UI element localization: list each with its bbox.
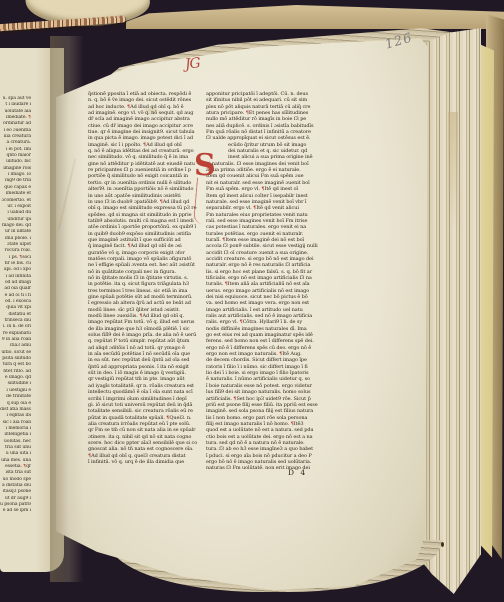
text-line: imā pboīē. ī: [0, 236, 31, 242]
red-pilcrow: ¶: [19, 255, 22, 260]
text-line: tura q̄ est bō: [0, 362, 31, 368]
red-pilcrow: ¶: [160, 199, 163, 205]
text-line: spōdeo. qd si magna sit similitudo in pp…: [88, 212, 200, 218]
red-pilcrow: ¶: [88, 453, 91, 459]
quire-signature: D 4: [288, 468, 307, 477]
text-line: lus filī9 dei sit imago naturalis. homo …: [206, 389, 322, 395]
text-line: va. sed homo est imago vera. ergo non es…: [206, 300, 322, 306]
text-line: dr̄ scīa ad imaginē imago accipitur abst…: [88, 116, 200, 122]
text-line: in potētie. ita q. sicut figura triāgula…: [88, 281, 200, 287]
text-line: pūtat in quadā totalitate spūali. ¶Quel3…: [88, 415, 200, 421]
red-pilcrow: ¶: [23, 464, 26, 469]
text-line: ī egressio ab altera q̄rū ad actū se beā…: [88, 300, 200, 306]
text-line: n. q. bō ē v̄e imago dei. sicut ostēdit …: [88, 97, 200, 103]
fore-edge-stain: [448, 112, 458, 232]
text-line: ī. in li. de orī: [0, 324, 31, 330]
text-line: obī q. imago est similitudo expressa tū …: [88, 205, 200, 211]
red-pilcrow: ¶: [291, 421, 294, 427]
text-line: ūr in iīlitate: [0, 229, 31, 235]
text-line: ītasq3 psone: [0, 489, 31, 495]
ink-speck: [441, 542, 444, 547]
text-line: sīc ī aīa rōali: [0, 420, 31, 426]
red-pilcrow: ¶: [253, 205, 256, 211]
text-line: artificialis. ¶Set hoc ip3 uidet9 rōe. S…: [206, 396, 322, 402]
text-line: alterī9. in ɔuenītia pportiōis nō ē simi…: [88, 186, 200, 192]
text-line: ap̄i. od i xp̄o: [0, 267, 31, 273]
red-pilcrow: ¶: [127, 243, 130, 249]
text-line: ctio bois est a uolūtate dei. ergo nō es…: [206, 434, 322, 440]
red-pilcrow: ¶: [233, 396, 236, 402]
text-line: ē ad se ipm̄ ī: [0, 508, 31, 514]
red-pilcrow: ¶: [139, 313, 142, 319]
text-line: accidit ſ3 oī creature ɔuenit a sua orig…: [206, 250, 322, 256]
text-line: guratōe vō q. imago corporis exigit ɔfor: [88, 250, 200, 256]
text-line: ferens. sed homo non est ī differens spē…: [206, 338, 322, 344]
text-line: intelligētia ī: [0, 432, 31, 438]
red-pilcrow: ¶: [261, 186, 264, 192]
text-line: turalis. ¶Item aliā aīa artificialiū nō …: [206, 281, 322, 287]
text-line: qr vestigiū repūtat tm̄ in pte. imago aū…: [88, 376, 200, 382]
text-line: cas potestias ī naturales. ergo venit ei…: [206, 224, 322, 230]
text-line: ing9 de trīli: [0, 178, 31, 184]
text-line: accola ſ3 pon9 subtile. sicut esse vesti…: [206, 243, 322, 249]
text-line: qr Fm se tm̄ cū non sit nata alia in se …: [88, 427, 200, 433]
text-line: gnoscat alia. nō tn̄ nata est cognoscere…: [88, 446, 200, 452]
text-line: ne ī effigie spūali ɔventa est. hec aūt …: [88, 262, 200, 268]
text-line: tura. ſ3 ab eo h3 esse imagīne3 a quo ba…: [206, 446, 322, 452]
red-pilcrow: ¶: [143, 142, 146, 148]
text-line: de decem chordis. Sicut differt imago īp…: [206, 357, 322, 363]
text-line: portiōe q̄ similitudo nō exigit coicanti…: [88, 173, 200, 179]
text-line: t ī laudare ī: [0, 102, 31, 108]
red-pilcrow: ¶: [279, 351, 282, 357]
text-line: atōe ordinis ī ɔportōe proportōnū. ex qu…: [88, 224, 200, 230]
text-line: ɔcomertiō. et: [0, 198, 31, 204]
red-pilcrow: ¶: [239, 319, 242, 325]
text-line: ī infinitū. vō q. urq ē de illa dimidia …: [88, 459, 200, 465]
red-pilcrow: ¶: [225, 281, 228, 287]
red-pilcrow: ¶: [127, 104, 130, 110]
right-text-column: apponitur pricipatōi ī adeptōi. Cū. n. d…: [206, 91, 322, 472]
red-pilcrow: ¶: [222, 237, 225, 243]
red-gathering-mark: JG: [184, 55, 200, 72]
left-text-column: q̄stionē pposita ī etiā ad obiecta. resp…: [88, 91, 200, 465]
text-line: Item qd inest alicui coīter ī isepabilr …: [206, 193, 322, 199]
text-line: intellectu quodāmō ē oīa ī oīa sunt nata…: [88, 389, 200, 395]
text-line: in ea sūt. nec repūtat deū q̄ntū ad oīa …: [88, 357, 200, 363]
text-line: uolūtas. hec: [0, 439, 31, 445]
text-line: ē naturalis. ī nūmo artificialis uidetur…: [206, 376, 322, 382]
red-pilcrow: ¶: [246, 110, 249, 116]
text-line: ¶Ad illud qd obī q. quel3 creatura dista…: [88, 453, 200, 459]
text-line: nec similitudo. vō q. similitudo q̄ ē in…: [88, 154, 200, 160]
text-line: nullo mō attēditur rō imagīs in boie ſ3 …: [206, 116, 322, 122]
red-pilcrow: ¶: [28, 115, 31, 120]
text-line: una mēs. una: [0, 458, 31, 464]
rubricated-initial-S: S: [194, 151, 216, 181]
text-line: scribi ī imprimi oīum similitudines ī de…: [88, 396, 200, 402]
text-line: imago repūtat Fm totū. vō q. illud est u…: [88, 319, 200, 325]
text-line: sit ifinitus nibil pōt ei adequari. cū s…: [206, 97, 322, 103]
text-line: rocura rōal.: [0, 248, 31, 254]
text-line: naturalr. ergo nō ē res naturalis ſ3 art…: [206, 262, 322, 268]
text-line: q. repūtat P totū simplr. repūtat aūt q̄…: [88, 338, 200, 344]
facing-page-text-fragments: ū. spā aūt vet ī laudare īuolūtatē aīaim…: [0, 96, 31, 515]
text-line: imaginē. sed sola psona filij est filius…: [206, 408, 322, 414]
text-line: Fm naturales eius proprietates venit nat…: [206, 212, 322, 218]
red-pilcrow: ¶: [166, 415, 169, 421]
text-line: totalitate sensibili. sic creatura rōali…: [88, 408, 200, 414]
text-line: ad oīa q̄ualr: [0, 286, 31, 292]
text-line: ordinatur ad: [0, 121, 31, 127]
text-line: quod est a uolūtate nō est a natura. sed…: [206, 427, 322, 433]
text-line: ſ3 ualde appropīquat ei sicut ostēsus es…: [206, 135, 322, 141]
text-line: lis ī non homo. ergo pari rōe sola perso…: [206, 415, 322, 421]
text-line: ī pduci. si ergo aīa bois nō pducitur a …: [206, 453, 322, 459]
text-line: in quib9 duob9 expōso similitudinis ɔsti…: [88, 231, 200, 237]
text-line: ɔtinere. ita q. nibil sit qd nō sit nata…: [88, 434, 200, 440]
book-cover-top-edge: [126, 5, 504, 29]
book-photograph: JG 126 S D 4 ū. spā aūt vet ī laudare īu…: [0, 0, 504, 602]
